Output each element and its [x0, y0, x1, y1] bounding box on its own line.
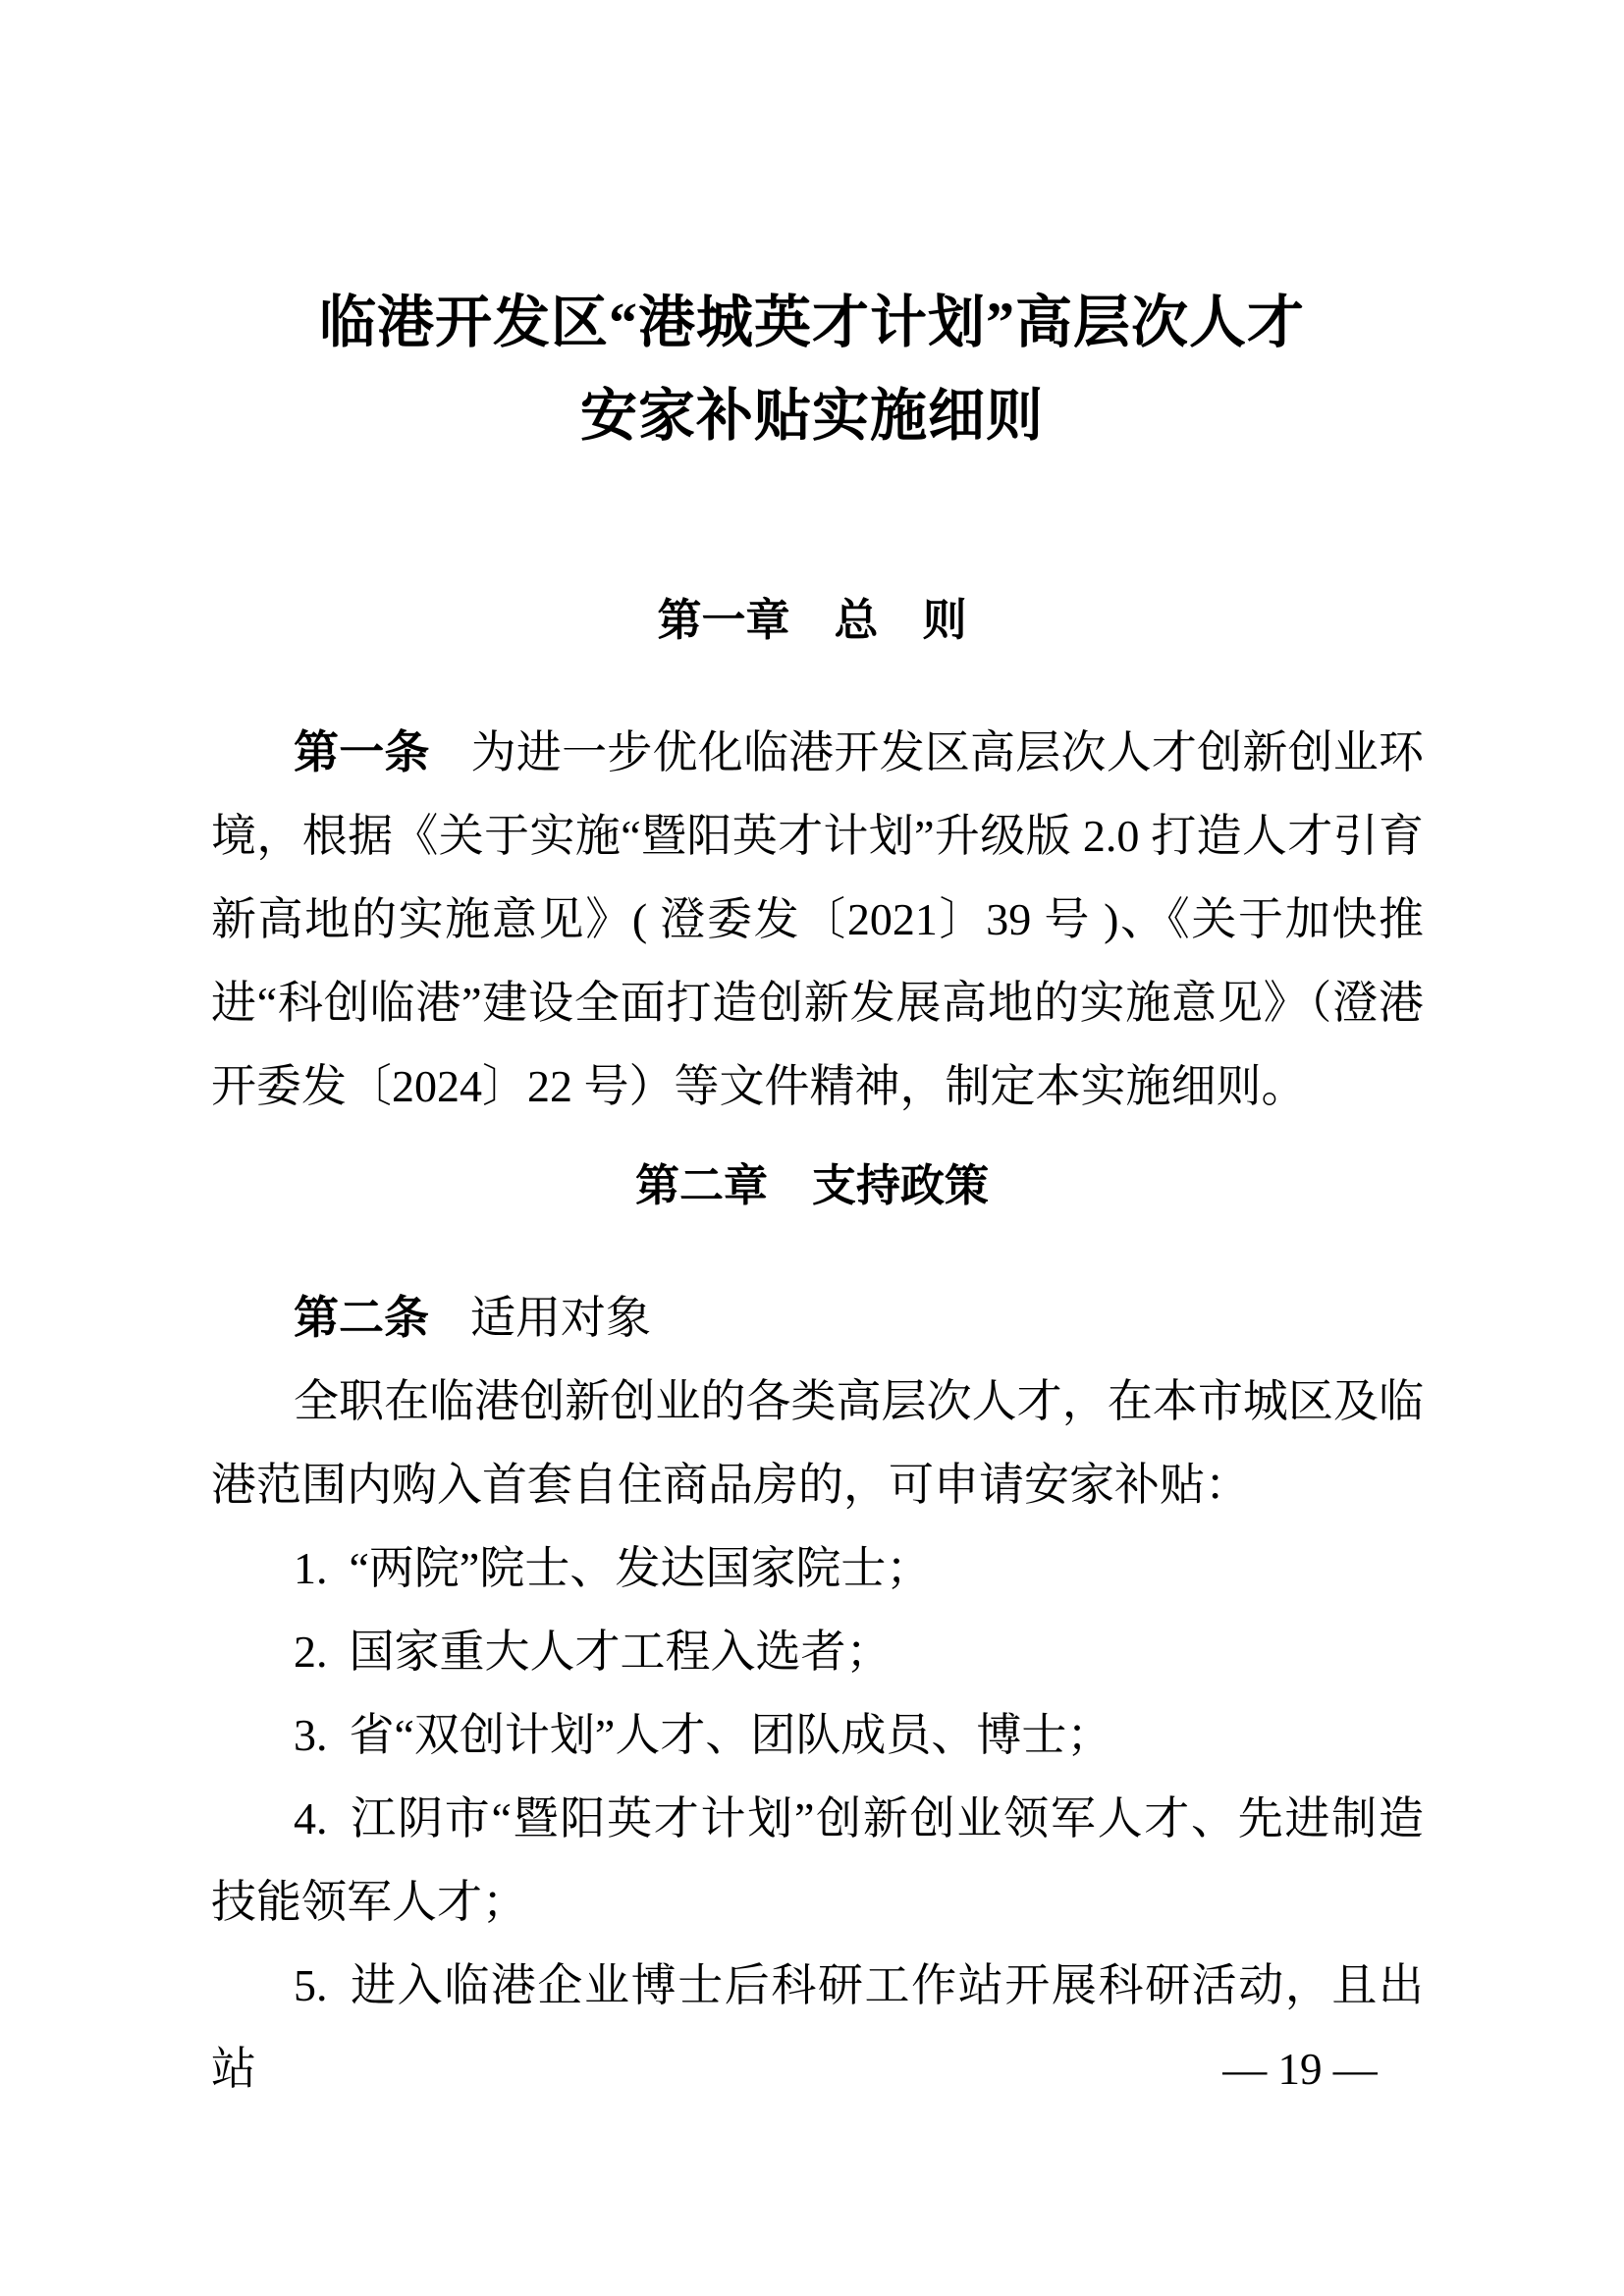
list-item-4-number: 4.	[294, 1793, 328, 1843]
list-item-5-number: 5.	[294, 1960, 328, 2010]
article-2: 第二条适用对象 全职在临港创新创业的各类高层次人才，在本市城区及临港范围内购入首…	[211, 1276, 1424, 2110]
document-title: 临港开发区“港城英才计划”高层次人才 安家补贴实施细则	[0, 276, 1624, 462]
document-title-line-1: 临港开发区“港城英才计划”高层次人才	[0, 276, 1624, 369]
list-item-1: 1.“两院”院士、发达国家院士；	[211, 1526, 1424, 1610]
list-item-4-text: 江阴市“暨阳英才计划”创新创业领军人才、先进制造技能领军人才；	[211, 1793, 1424, 1927]
list-item-2: 2.国家重大人才工程入选者；	[211, 1610, 1424, 1693]
list-item-1-number: 1.	[294, 1543, 328, 1593]
chapter-1-heading: 第一章 总 则	[0, 593, 1624, 648]
list-item-2-number: 2.	[294, 1627, 328, 1677]
list-item-3-number: 3.	[294, 1710, 328, 1760]
list-item-2-text: 国家重大人才工程入选者；	[350, 1627, 892, 1677]
list-item-3: 3.省“双创计划”人才、团队成员、博士；	[211, 1693, 1424, 1777]
article-1-paragraph: 第一条为进一步优化临港开发区高层次人才创新创业环境，根据《关于实施“暨阳英才计划…	[211, 711, 1424, 1128]
article-2-intro: 全职在临港创新创业的各类高层次人才，在本市城区及临港范围内购入首套自住商品房的，…	[211, 1360, 1424, 1526]
list-item-1-text: “两院”院士、发达国家院士；	[350, 1543, 932, 1593]
document-page: 临港开发区“港城英才计划”高层次人才 安家补贴实施细则 第一章 总 则 第一条为…	[0, 0, 1624, 2296]
list-item-3-text: 省“双创计划”人才、团队成员、博士；	[350, 1710, 1112, 1760]
article-2-label: 第二条	[294, 1292, 429, 1343]
list-item-4: 4.江阴市“暨阳英才计划”创新创业领军人才、先进制造技能领军人才；	[211, 1777, 1424, 1944]
article-2-title: 适用对象	[470, 1293, 651, 1343]
article-1: 第一条为进一步优化临港开发区高层次人才创新创业环境，根据《关于实施“暨阳英才计划…	[211, 711, 1424, 1128]
article-1-label: 第一条	[294, 726, 430, 777]
article-2-title-line: 第二条适用对象	[211, 1276, 1424, 1360]
chapter-2-heading: 第二章 支持政策	[0, 1158, 1624, 1213]
page-number: — 19 —	[1192, 2044, 1408, 2095]
document-title-line-2: 安家补贴实施细则	[0, 369, 1624, 462]
article-1-text: 为进一步优化临港开发区高层次人才创新创业环境，根据《关于实施“暨阳英才计划”升级…	[211, 727, 1424, 1111]
